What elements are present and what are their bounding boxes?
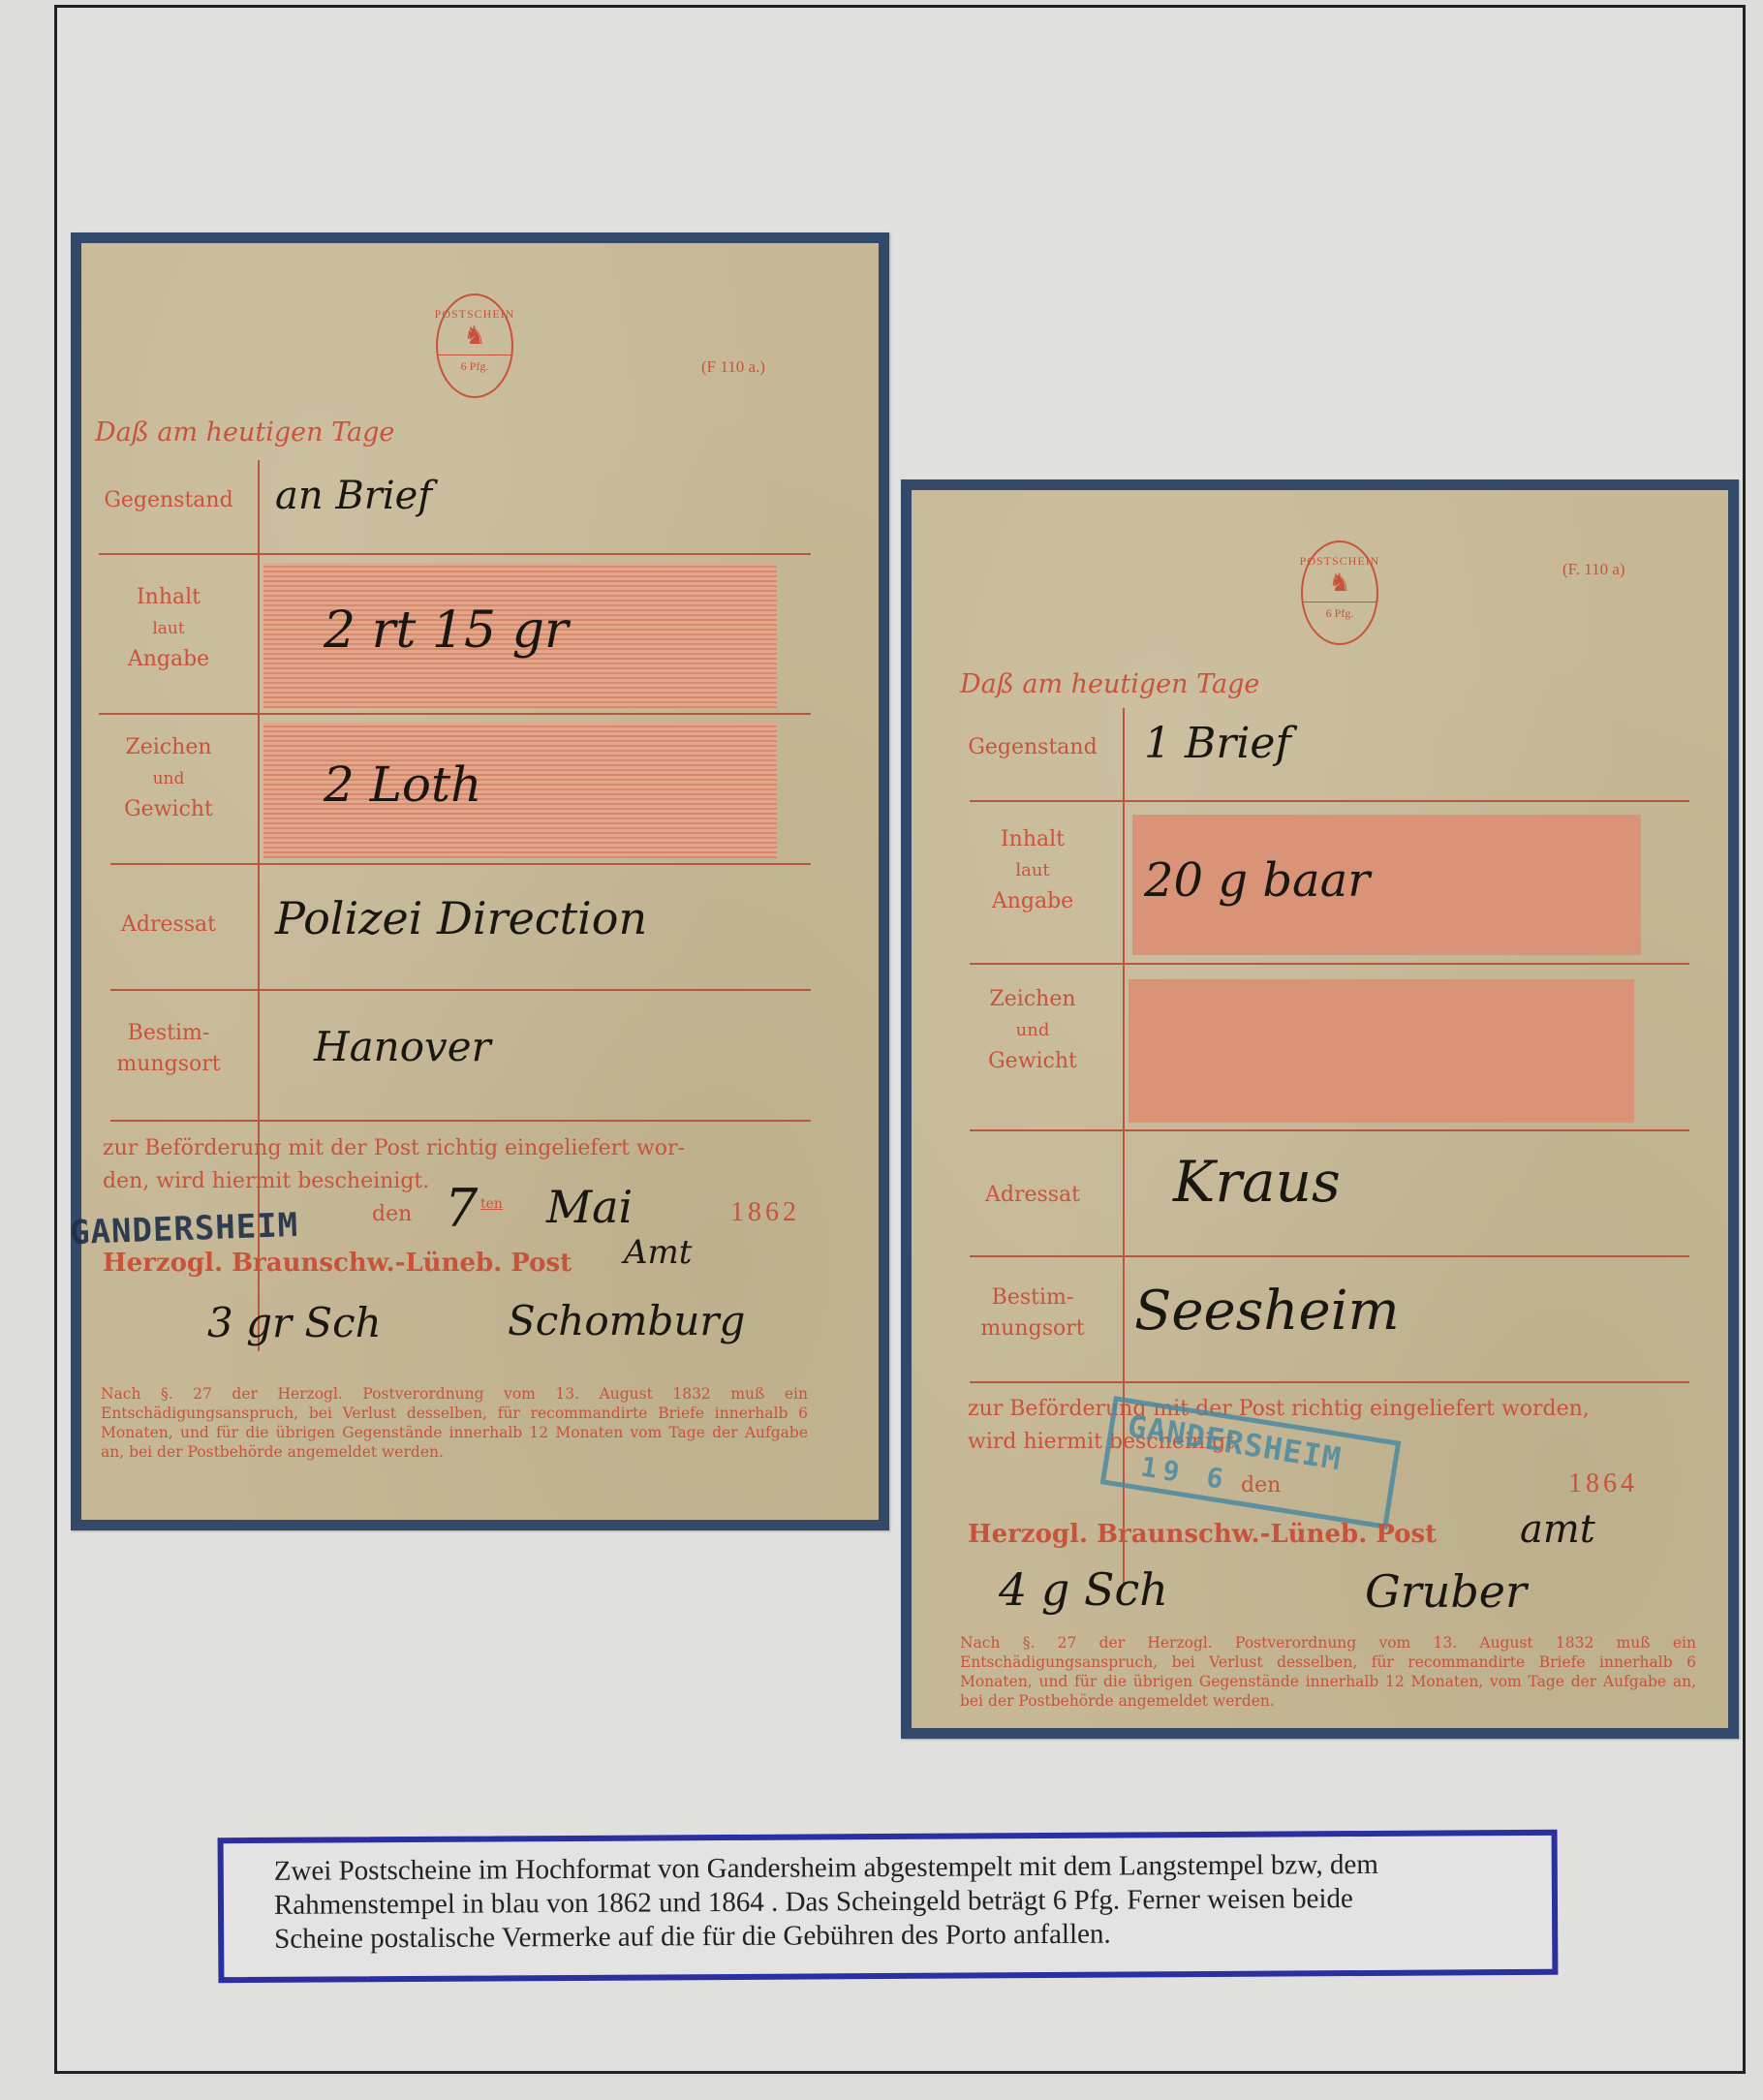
legal-small-print: Nach §. 27 der Herzogl. Postverordnung v… (960, 1633, 1696, 1711)
field-value-gegenstand: 1 Brief (1144, 719, 1291, 768)
field-value-inhalt: 20 g baar (1144, 853, 1370, 908)
seal-text: POSTSCHEIN (435, 307, 515, 322)
intro-text: Daß am heutigen Tage (95, 417, 394, 448)
field-value-bestimmungsort: Hanover (314, 1023, 491, 1070)
right-postschein-receipt: POSTSCHEIN ♞ 6 Pfg. (F. 110 a) Daß am he… (901, 479, 1739, 1739)
caption-box: Zwei Postscheine im Hochformat von Gande… (218, 1830, 1559, 1983)
field-label-adressat: Adressat (81, 910, 256, 941)
legal-small-print: Nach §. 27 der Herzogl. Postverordnung v… (101, 1384, 808, 1462)
field-label-bestimmungsort: Bestim- mungsort (81, 1018, 256, 1080)
clerk-signature: Gruber (1365, 1565, 1527, 1618)
seal-value: 6 Pfg. (1326, 606, 1354, 621)
field-value-bestimmungsort: Seesheim (1134, 1280, 1400, 1343)
field-label-bestimmungsort: Bestim- mungsort (950, 1282, 1115, 1344)
fee-note: 3 gr Sch (207, 1299, 382, 1346)
seal-value: 6 Pfg. (461, 359, 489, 374)
postschein-seal: POSTSCHEIN ♞ 6 Pfg. (1301, 540, 1378, 645)
post-office-name: Herzogl. Braunschw.-Lüneb. Post (968, 1520, 1437, 1549)
date-day: 7 (445, 1178, 478, 1239)
gandersheim-postmark: GANDERSHEIM (69, 1206, 298, 1252)
postschein-seal: POSTSCHEIN ♞ 6 Pfg. (436, 293, 513, 398)
horse-icon: ♞ (463, 324, 485, 349)
intro-text: Daß am heutigen Tage (960, 669, 1259, 699)
left-postschein-receipt: POSTSCHEIN ♞ 6 Pfg. (F 110 a.) Daß am he… (71, 232, 889, 1530)
field-label-zeichen: Zeichen und Gewicht (950, 984, 1115, 1077)
field-value-inhalt: 2 rt 15 gr (324, 602, 569, 660)
shaded-field-zeichen (1129, 979, 1634, 1123)
field-value-adressat: Kraus (1173, 1149, 1341, 1215)
date-prefix: den (372, 1202, 412, 1226)
field-label-inhalt: Inhalt laut Angabe (950, 824, 1115, 917)
field-value-adressat: Polizei Direction (275, 892, 647, 944)
office-handwritten: Amt (624, 1233, 692, 1272)
horse-icon: ♞ (1328, 571, 1350, 596)
field-value-gegenstand: an Brief (275, 474, 432, 518)
fee-note: 4 g Sch (999, 1563, 1168, 1616)
office-handwritten: amt (1520, 1507, 1595, 1552)
field-label-gegenstand: Gegenstand (950, 732, 1115, 763)
form-number: (F 110 a.) (701, 357, 765, 377)
date-day-suffix: ten (480, 1196, 503, 1212)
date-year: 1862 (730, 1197, 800, 1228)
form-number: (F. 110 a) (1562, 560, 1625, 579)
field-label-zeichen: Zeichen und Gewicht (81, 732, 256, 825)
date-month: Mai (546, 1181, 633, 1233)
post-office-name: Herzogl. Braunschw.-Lüneb. Post (103, 1249, 572, 1278)
caption-text: Zwei Postscheine im Hochformat von Gande… (274, 1847, 1524, 1957)
field-label-inhalt: Inhalt laut Angabe (81, 582, 256, 675)
date-prefix: den (1241, 1473, 1281, 1498)
field-label-gegenstand: Gegenstand (81, 485, 256, 516)
clerk-signature: Schomburg (508, 1297, 745, 1344)
seal-text: POSTSCHEIN (1300, 554, 1380, 569)
field-value-zeichen: 2 Loth (324, 757, 481, 813)
date-year: 1864 (1568, 1468, 1638, 1499)
field-label-adressat: Adressat (950, 1180, 1115, 1211)
